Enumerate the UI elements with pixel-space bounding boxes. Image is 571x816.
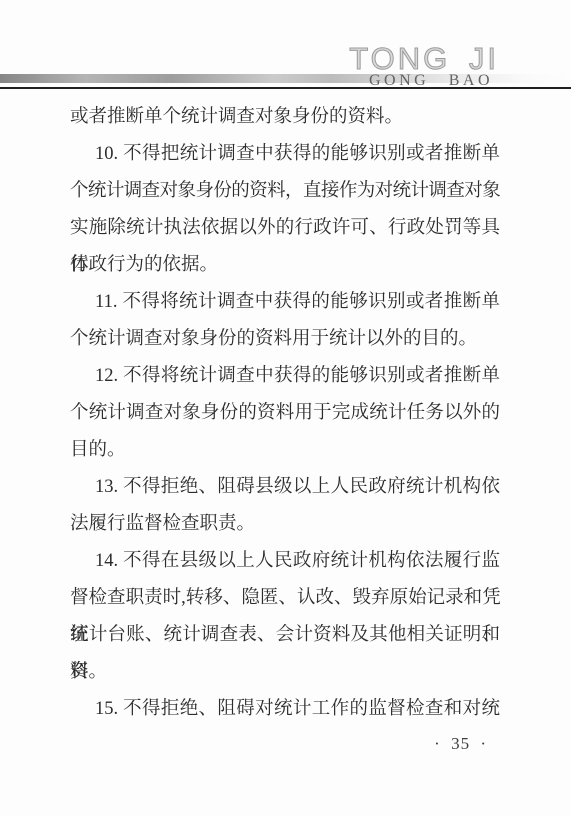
text-line: 10. 不得把统计调查中获得的能够识别或者推断单 [70,136,500,173]
text-line: 11. 不得将统计调查中获得的能够识别或者推断单 [70,284,500,321]
text-line: 个统计调查对象身份的资料，直接作为对统计调查对象 [70,173,500,210]
text-line: 统计台账、统计调查表、会计资料及其他相关证明和资 [70,617,500,654]
text-line: 个统计调查对象身份的资料用于统计以外的目的。 [70,321,500,358]
text-line: 料。 [70,654,500,691]
masthead-title: TONG JI [349,44,499,74]
text-line: 目的。 [70,432,500,469]
text-line: 12. 不得将统计调查中获得的能够识别或者推断单 [70,358,500,395]
page-number: · 35 · [434,734,487,754]
document-page: TONG JI GONG BAO 或者推断单个统计调查对象身份的资料。10. 不… [0,0,571,816]
text-line: 13. 不得拒绝、阻碍县级以上人民政府统计机构依 [70,469,500,506]
text-line: 个统计调查对象身份的资料用于完成统计任务以外的 [70,395,500,432]
text-line: 14. 不得在县级以上人民政府统计机构依法履行监 [70,543,500,580]
text-line: 行政行为的依据。 [70,247,500,284]
text-line: 法履行监督检查职责。 [70,506,500,543]
text-line: 15. 不得拒绝、阻碍对统计工作的监督检查和对统 [70,691,500,728]
masthead-subtitle: GONG BAO [369,72,493,90]
body-text: 或者推断单个统计调查对象身份的资料。10. 不得把统计调查中获得的能够识别或者推… [70,99,500,728]
text-line: 或者推断单个统计调查对象身份的资料。 [70,99,500,136]
text-line: 实施除统计执法依据以外的行政许可、行政处罚等具体 [70,210,500,247]
text-line: 督检查职责时,转移、隐匿、认改、毁弃原始记录和凭证、 [70,580,500,617]
